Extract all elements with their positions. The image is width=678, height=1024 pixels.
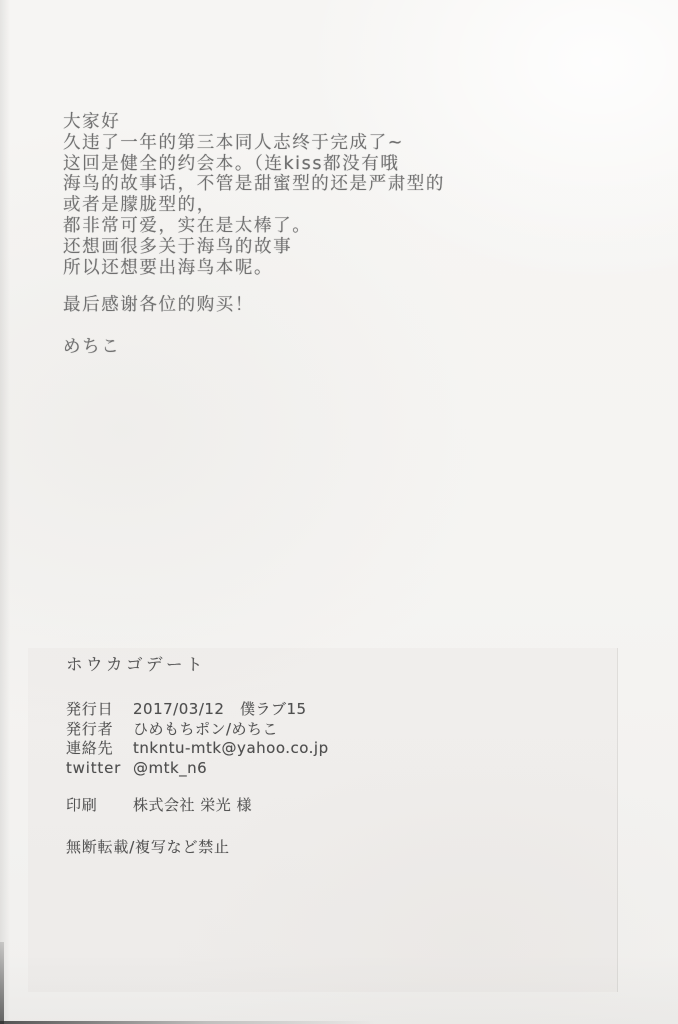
thanks-line: 最后感谢各位的购买！ (63, 295, 445, 316)
scan-edge-left-shadow (0, 0, 10, 1024)
row-value: 株式会社 栄光 様 (133, 796, 252, 815)
colophon-row-twitter: twitter @mtk_n6 (66, 759, 329, 778)
colophon-row-publisher: 発行者 ひめもちポン/めちこ (66, 720, 329, 739)
message-line: 海鸟的故事话，不管是甜蜜型的还是严肃型的 (63, 174, 445, 195)
row-value: 2017/03/12 僕ラブ15 (133, 700, 307, 719)
row-label: 印刷 (66, 796, 133, 815)
row-value: ひめもちポン/めちこ (133, 720, 278, 739)
row-label: twitter (66, 759, 133, 778)
colophon: ホウカゴデート 発行日 2017/03/12 僕ラブ15 発行者 ひめもちポン/… (66, 655, 329, 858)
author-signature: めちこ (63, 337, 445, 358)
book-title: ホウカゴデート (66, 655, 329, 674)
message-line: 大家好 (63, 112, 445, 133)
message-line: 或者是朦胧型的， (63, 195, 445, 216)
colophon-row-printer: 印刷 株式会社 栄光 様 (66, 796, 329, 815)
message-line: 都非常可爱，实在是太棒了。 (63, 216, 445, 237)
colophon-row-publication-date: 発行日 2017/03/12 僕ラブ15 (66, 700, 329, 719)
scanned-page: 大家好 久违了一年的第三本同人志终于完成了~ 这回是健全的约会本。（连kiss都… (0, 0, 678, 1024)
reprint-prohibition-notice: 無断転載/複写など禁止 (66, 838, 329, 857)
row-label: 発行者 (66, 720, 133, 739)
message-line: 久违了一年的第三本同人志终于完成了~ (63, 133, 445, 154)
row-value: @mtk_n6 (133, 759, 207, 778)
row-label: 発行日 (66, 700, 133, 719)
message-line: 所以还想要出海鸟本呢。 (63, 258, 445, 279)
row-value: tnkntu-mtk@yahoo.co.jp (133, 739, 329, 758)
row-label: 連絡先 (66, 739, 133, 758)
message-line: 还想画很多关于海鸟的故事 (63, 237, 445, 258)
colophon-row-contact-email: 連絡先 tnkntu-mtk@yahoo.co.jp (66, 739, 329, 758)
scan-bottom-shade (0, 954, 678, 1024)
author-message: 大家好 久违了一年的第三本同人志终于完成了~ 这回是健全的约会本。（连kiss都… (63, 112, 445, 358)
message-line: 这回是健全的约会本。（连kiss都没有哦 (63, 154, 445, 175)
